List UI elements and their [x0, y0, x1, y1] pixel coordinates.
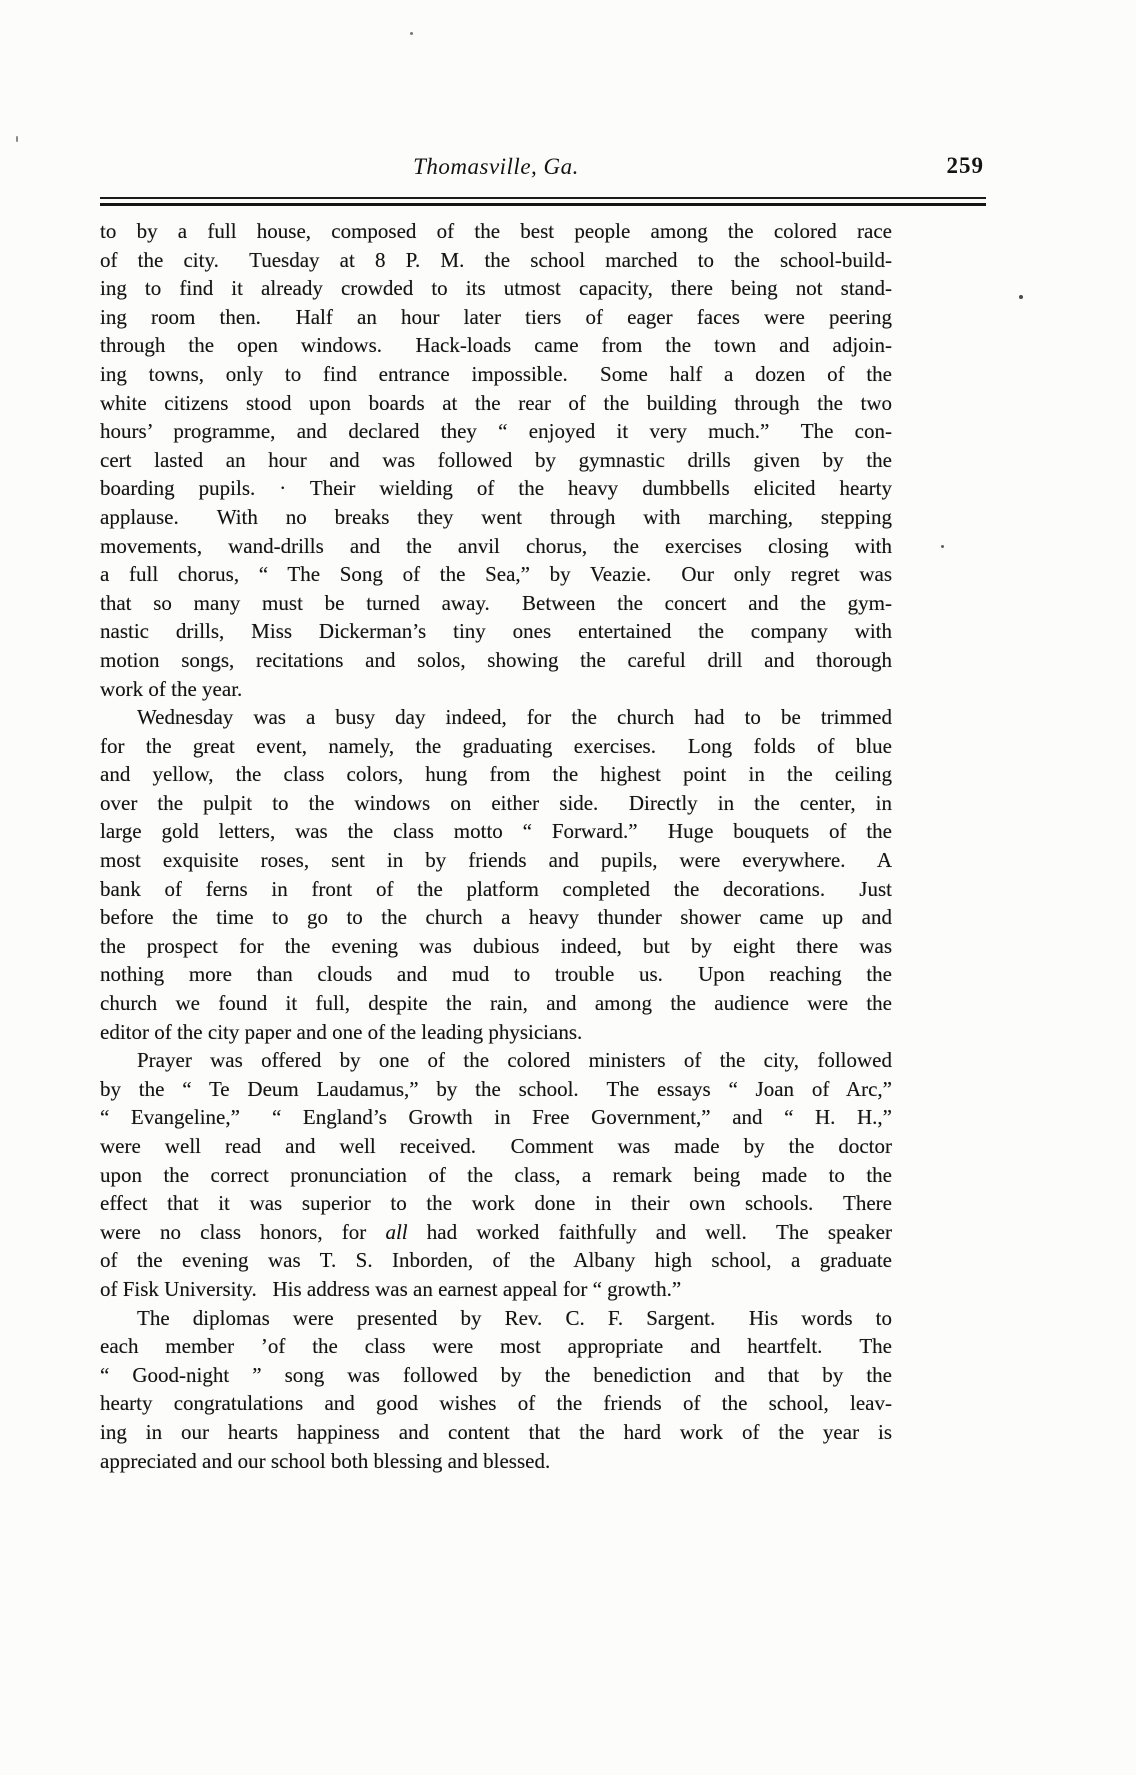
text-line: by the “ Te Deum Laudamus,” by the schoo… [100, 1075, 892, 1104]
running-title: Thomasville, Ga. [100, 154, 892, 180]
scan-speck [941, 545, 944, 548]
text-line: ing towns, only to find entrance impossi… [100, 360, 892, 389]
text-line: applause. With no breaks they went throu… [100, 503, 892, 532]
text-line: of the city. Tuesday at 8 P. M. the scho… [100, 246, 892, 275]
scan-speck [410, 32, 413, 35]
text-line: nastic drills, Miss Dickerman’s tiny one… [100, 617, 892, 646]
paragraph: Wednesday was a busy day indeed, for the… [100, 703, 892, 1046]
page-body: to by a full house, composed of the best… [100, 217, 892, 1475]
text-line: hours’ programme, and declared they “ en… [100, 417, 892, 446]
text-line: each member ’of the class were most appr… [100, 1332, 892, 1361]
book-page: Thomasville, Ga. 259 to by a full house,… [0, 0, 1136, 1775]
paragraph: The diplomas were presented by Rev. C. F… [100, 1304, 892, 1476]
text-line: over the pulpit to the windows on either… [100, 789, 892, 818]
text-line: “ Evangeline,” “ England’s Growth in Fre… [100, 1103, 892, 1132]
text-line: were well read and well received. Commen… [100, 1132, 892, 1161]
text-line: motion songs, recitations and solos, sho… [100, 646, 892, 675]
text-line: white citizens stood upon boards at the … [100, 389, 892, 418]
text-line: church we found it full, despite the rai… [100, 989, 892, 1018]
text-line: were no class honors, for all had worked… [100, 1218, 892, 1247]
scan-speck [16, 136, 18, 142]
text-line: through the open windows. Hack-loads cam… [100, 331, 892, 360]
paragraph: Prayer was offered by one of the colored… [100, 1046, 892, 1303]
scan-speck [1019, 295, 1023, 299]
paragraph: to by a full house, composed of the best… [100, 217, 892, 703]
header-rule [100, 197, 986, 206]
text-line: of the evening was T. S. Inborden, of th… [100, 1246, 892, 1275]
text-line: to by a full house, composed of the best… [100, 217, 892, 246]
text-line: boarding pupils. · Their wielding of the… [100, 474, 892, 503]
page-number: 259 [947, 153, 985, 179]
text-line: Wednesday was a busy day indeed, for the… [100, 703, 892, 732]
text-line: most exquisite roses, sent in by friends… [100, 846, 892, 875]
page-header: Thomasville, Ga. 259 [100, 154, 986, 192]
text-line: bank of ferns in front of the platform c… [100, 875, 892, 904]
text-line: for the great event, namely, the graduat… [100, 732, 892, 761]
text-line: “ Good-night ” song was followed by the … [100, 1361, 892, 1390]
text-line: ing to find it already crowded to its ut… [100, 274, 892, 303]
text-line: movements, wand-drills and the anvil cho… [100, 532, 892, 561]
text-line: Prayer was offered by one of the colored… [100, 1046, 892, 1075]
text-line: work of the year. [100, 675, 892, 704]
text-line: the prospect for the evening was dubious… [100, 932, 892, 961]
text-line: of Fisk University. His address was an e… [100, 1275, 892, 1304]
text-line: nothing more than clouds and mud to trou… [100, 960, 892, 989]
text-line: and yellow, the class colors, hung from … [100, 760, 892, 789]
text-line: large gold letters, was the class motto … [100, 817, 892, 846]
text-line: ing room then. Half an hour later tiers … [100, 303, 892, 332]
text-line: cert lasted an hour and was followed by … [100, 446, 892, 475]
text-line: upon the correct pronunciation of the cl… [100, 1161, 892, 1190]
text-line: that so many must be turned away. Betwee… [100, 589, 892, 618]
text-line: a full chorus, “ The Song of the Sea,” b… [100, 560, 892, 589]
text-line: ing in our hearts happiness and content … [100, 1418, 892, 1447]
text-line: The diplomas were presented by Rev. C. F… [100, 1304, 892, 1333]
text-line: editor of the city paper and one of the … [100, 1018, 892, 1047]
text-line: appreciated and our school both blessing… [100, 1447, 892, 1476]
text-line: effect that it was superior to the work … [100, 1189, 892, 1218]
text-line: hearty congratulations and good wishes o… [100, 1389, 892, 1418]
text-line: before the time to go to the church a he… [100, 903, 892, 932]
